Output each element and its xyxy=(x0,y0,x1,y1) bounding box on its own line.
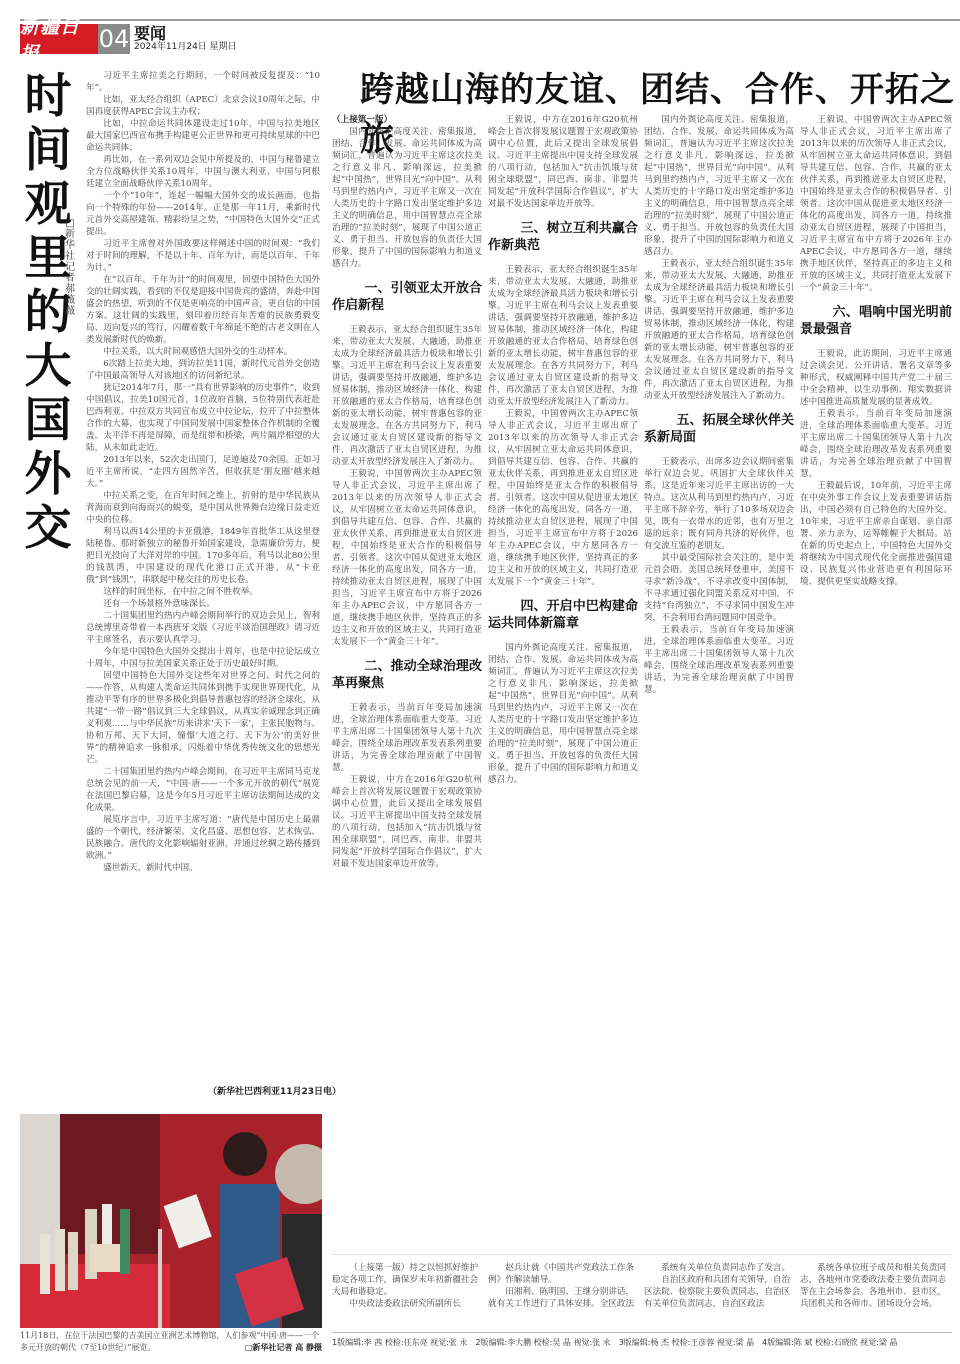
paragraph: （上接第一版）持之以恒抓好维护稳定各项工作，确保岁末年初新疆社会大局和谐稳定。 xyxy=(332,1262,480,1298)
paragraph: 习近平主席曾对外国政要这样阐述中国的时间观：“我们对于时间的理解，不是以十年、百… xyxy=(86,238,320,274)
paragraph: 盛世新天，新时代中国。 xyxy=(86,862,320,874)
paragraph: 再比如，在一系列双边会见中所提及的，中国与秘鲁建立全方位战略伙伴关系10周年，中… xyxy=(86,154,320,190)
paragraph: 王毅表示，当前百年变局加速演进，全球治理体系面临重大变革。习近平主席出席二十国集… xyxy=(332,702,482,774)
paragraph: 王毅表示，亚太经合组织诞生35年来，带动亚太大发展、大融通，助推亚太成为全球经济… xyxy=(332,324,482,468)
paragraph: 王毅表示，当前百年变局加速演进，全球治理体系面临重大变革。习近平主席出席二十国集… xyxy=(644,624,794,696)
lower-column-3: 系统有关单位负责同志作了发言。 自治区政府和兵团有关领导，自治区法院、检察院主要… xyxy=(644,1262,792,1310)
paragraph: 中拉关系之变，在百年时间之维上，折射的是中华民族从背海而衰到向海而兴的蜕变，是中… xyxy=(86,490,320,526)
paragraph: 王毅说，中国曾两次主办APEC领导人非正式会议，习近平主席出席了2013年以来的… xyxy=(488,408,638,588)
paragraph: 赵兵让就《中国共产党政法工作条例》作解读辅导。 xyxy=(488,1262,636,1286)
credit-page-3: 3版编辑:杨 杰 校检:王彦蓉 视觉:梁 晶 xyxy=(619,1337,754,1348)
paragraph: 王毅表示，当前百年变局加速演进，全球治理体系面临重大变革。习近平主席出席二十国集… xyxy=(800,408,952,480)
paragraph: 还有一个场景格外意味深长。 xyxy=(86,598,320,610)
left-article-byline: □新华社记者郝薇薇 xyxy=(64,218,76,317)
credit-page-2: 2版编辑:李大鹏 校检:吴 晶 视觉:张 永 xyxy=(475,1337,610,1348)
paragraph: 国内外舆论高度关注、密集报道，团结、合作、发展、命运共同体成为高频词汇，普遍认为… xyxy=(488,642,638,786)
title-char: 大 xyxy=(22,340,74,394)
paragraph: 回望中国特色大国外交这些年对世界之问、时代之问的——作答，从构建人类命运共同体到… xyxy=(86,670,320,766)
paragraph: 利马以西14公里的卡亚俄港，1849年首批华工从这里登陆秘鲁。那时新独立的秘鲁开… xyxy=(86,526,320,586)
section-heading-4: 四、开启中巴构建命运共同体新篇章 xyxy=(488,598,638,632)
section-heading-3: 三、树立互利共赢合作新典范 xyxy=(488,220,638,254)
paragraph: 国内外舆论高度关注、密集报道，团结、合作、发展、命运共同体成为高频词汇，普遍认为… xyxy=(332,126,482,270)
paragraph: 王毅说，中国曾两次主办APEC领导人非正式会议，习近平主席出席了2013年以来的… xyxy=(800,114,952,294)
paragraph: 2013年以来，52次走出国门，足迹遍及70余国。正如习近平主席所说，“走四方固… xyxy=(86,454,320,490)
main-column-1: （上接第一版） 国内外舆论高度关注、密集报道，团结、合作、发展、命运共同体成为高… xyxy=(332,114,482,1242)
paragraph: 6次踏上拉美大地，到访拉美11国，新时代元首外交创造了中国最高领导人对该地区的访… xyxy=(86,358,320,382)
dateline: （新华社巴西利亚11月23日电） xyxy=(208,1084,341,1097)
section-block: 要闻 2024年11月24日 星期日 xyxy=(134,24,237,54)
article-divider xyxy=(332,1254,952,1255)
lower-column-4: 系统各单位班子成员和相关负责同志，各地州市党委政法委主要负责同志等在主会场参会。… xyxy=(800,1262,948,1310)
paragraph: 系统有关单位负责同志作了发言。 xyxy=(644,1262,792,1274)
paragraph: 中拉关系，以大时间观感悟大国外交的生动样本。 xyxy=(86,346,320,358)
title-char: 间 xyxy=(22,124,74,178)
photo-illustration xyxy=(20,1114,322,1328)
title-char: 国 xyxy=(22,394,74,448)
paragraph: 国内外舆论高度关注、密集报道，团结、合作、发展、命运共同体成为高频词汇，普遍认为… xyxy=(644,114,794,258)
paragraph: 中央政法委政法研究所副所长 xyxy=(332,1298,480,1310)
credit-page-4: 4版编辑:陈 斌 校检:石晓欣 视觉:梁 晶 xyxy=(762,1337,897,1348)
section-heading-1: 一、引领亚太开放合作启新程 xyxy=(332,280,482,314)
title-char: 交 xyxy=(22,502,74,556)
main-column-4: 王毅说，中国曾两次主办APEC领导人非正式会议，习近平主席出席了2013年以来的… xyxy=(800,114,952,1242)
exhibition-photo xyxy=(20,1114,322,1328)
paragraph: 今年是中国特色大国外交提出十周年，也是中拉论坛成立十周年，中国与拉美国家关系正处… xyxy=(86,646,320,670)
main-column-2: 王毅说，中方在2016年G20杭州峰会上首次将发展议题置于宏观政策协调中心位置，… xyxy=(488,114,638,1242)
paragraph: 二十国集团里约热内卢峰会期间，在习近平主席同马克龙总统会见的前一天，“中国·唐—… xyxy=(86,766,320,814)
paragraph: 王毅说，此访期间，习近平主席通过会谈会见、公开讲话、署名文章等多种形式，权威阐释… xyxy=(800,348,952,408)
paragraph: 田湘利、陈明国、王继分别讲话，就有关工作进行了具体安排。全区政法 xyxy=(488,1286,636,1310)
page-number: 04 xyxy=(98,24,130,54)
lower-column-2: 赵兵让就《中国共产党政法工作条例》作解读辅导。 田湘利、陈明国、王继分别讲话，就… xyxy=(488,1262,636,1310)
paragraph: 一个个“10年”，连起一幅幅大国外交的成长画面，也指向一个特殊的年份——2014… xyxy=(86,190,320,238)
title-char: 时 xyxy=(22,70,74,124)
paragraph: 王毅表示，亚太经合组织诞生35年来，带动亚太大发展、大融通，助推亚太成为全球经济… xyxy=(488,264,638,408)
left-article-body: 习近平主席拉美之行期间，一个时间被反复提及：“10年”。 比如，亚太经合组织（A… xyxy=(86,70,320,1060)
newspaper-logo: 新疆日报 xyxy=(20,24,98,54)
main-column-3: 国内外舆论高度关注、密集报道，团结、合作、发展、命运共同体成为高频词汇，普遍认为… xyxy=(644,114,794,1242)
paragraph: 王毅说，中方在2016年G20杭州峰会上首次将发展议题置于宏观政策协调中心位置，… xyxy=(488,114,638,210)
masthead: 新疆日报 04 要闻 2024年11月24日 星期日 xyxy=(20,24,237,54)
paragraph: 在“以百年、千年为计”的时间观里，回望中国特色大国外交的壮阔实践，看到的不仅是迎… xyxy=(86,274,320,346)
photo-caption: 11月18日，在位于法国巴黎的吉美国立亚洲艺术博物馆，人们参观“中国·唐——一个… xyxy=(20,1330,322,1354)
paragraph: 其中最受国际社会关注的，是中美元首会晤。美国总统拜登重申，美国不寻求“新冷战”，… xyxy=(644,552,794,624)
photo-credit: □新华社记者 高 静摄 xyxy=(245,1342,322,1354)
section-title: 要闻 xyxy=(134,25,237,42)
paragraph: 展览序言中，习近平主席写道：“唐代是中国历史上最鼎盛的一个朝代，经济繁荣、文化昌… xyxy=(86,814,320,862)
footer-rule xyxy=(332,1332,952,1333)
top-rule xyxy=(20,19,960,21)
paragraph: 自治区政府和兵团有关领导，自治区法院、检察院主要负责同志，自治区有关单位负责同志… xyxy=(644,1274,792,1310)
paragraph: 王毅最后说，10年前，习近平主席在中央外事工作会议上发表重要讲话指出，中国必须有… xyxy=(800,480,952,588)
title-char: 外 xyxy=(22,448,74,502)
paragraph: 这样的时间坐标，在中拉之间不胜枚举。 xyxy=(86,586,320,598)
paragraph: 王毅表示，亚太经合组织诞生35年来，带动亚太大发展、大融通，助推亚太成为全球经济… xyxy=(644,258,794,402)
paragraph: 习近平主席拉美之行期间，一个时间被反复提及：“10年”。 xyxy=(86,70,320,94)
paragraph: 犹记2014年7月，那一“具有世界影响的历史事件”，收到中国倡议，拉美10国元首… xyxy=(86,382,320,454)
paragraph: 比如，亚太经合组织（APEC）北京会议10周年之际，中国再度获得APEC会议主办… xyxy=(86,94,320,118)
editor-credits: 1版编辑:李 茜 校检:任东亮 视觉:张 永 2版编辑:李大鹏 校检:吴 晶 视… xyxy=(332,1337,960,1348)
section-heading-6: 六、唱响中国光明前景最强音 xyxy=(800,304,952,338)
paragraph: 王毅说，中国曾两次主办APEC领导人非正式会议，习近平主席出席了2013年以来的… xyxy=(332,468,482,648)
section-heading-5: 五、拓展全球伙伴关系新局面 xyxy=(644,412,794,446)
paragraph: 系统各单位班子成员和相关负责同志，各地州市党委政法委主要负责同志等在主会场参会。… xyxy=(800,1262,948,1310)
credit-page-1: 1版编辑:李 茜 校检:任东亮 视觉:张 永 xyxy=(332,1337,467,1348)
lower-column-1: （上接第一版）持之以恒抓好维护稳定各项工作，确保岁末年初新疆社会大局和谐稳定。 … xyxy=(332,1262,480,1310)
paragraph: 王毅说，中方在2016年G20杭州峰会上首次将发展议题置于宏观政策协调中心位置，… xyxy=(332,774,482,870)
paragraph: 比如，中拉命运共同体建设走过10年，中国与拉美地区最大国家巴西宣布携手构建更公正… xyxy=(86,118,320,154)
paragraph: 王毅表示，出席多边会议期间密集举行双边会见，巩固扩大全球伙伴关系，这是近年来习近… xyxy=(644,456,794,552)
paragraph: 二十国集团里约热内卢峰会期间举行的双边会见上，智利总统博里奇带着一本西班牙文版《… xyxy=(86,610,320,646)
issue-date: 2024年11月24日 星期日 xyxy=(134,42,237,53)
section-heading-2: 二、推动全球治理改革再聚焦 xyxy=(332,658,482,692)
continued-label: （上接第一版） xyxy=(332,114,482,126)
